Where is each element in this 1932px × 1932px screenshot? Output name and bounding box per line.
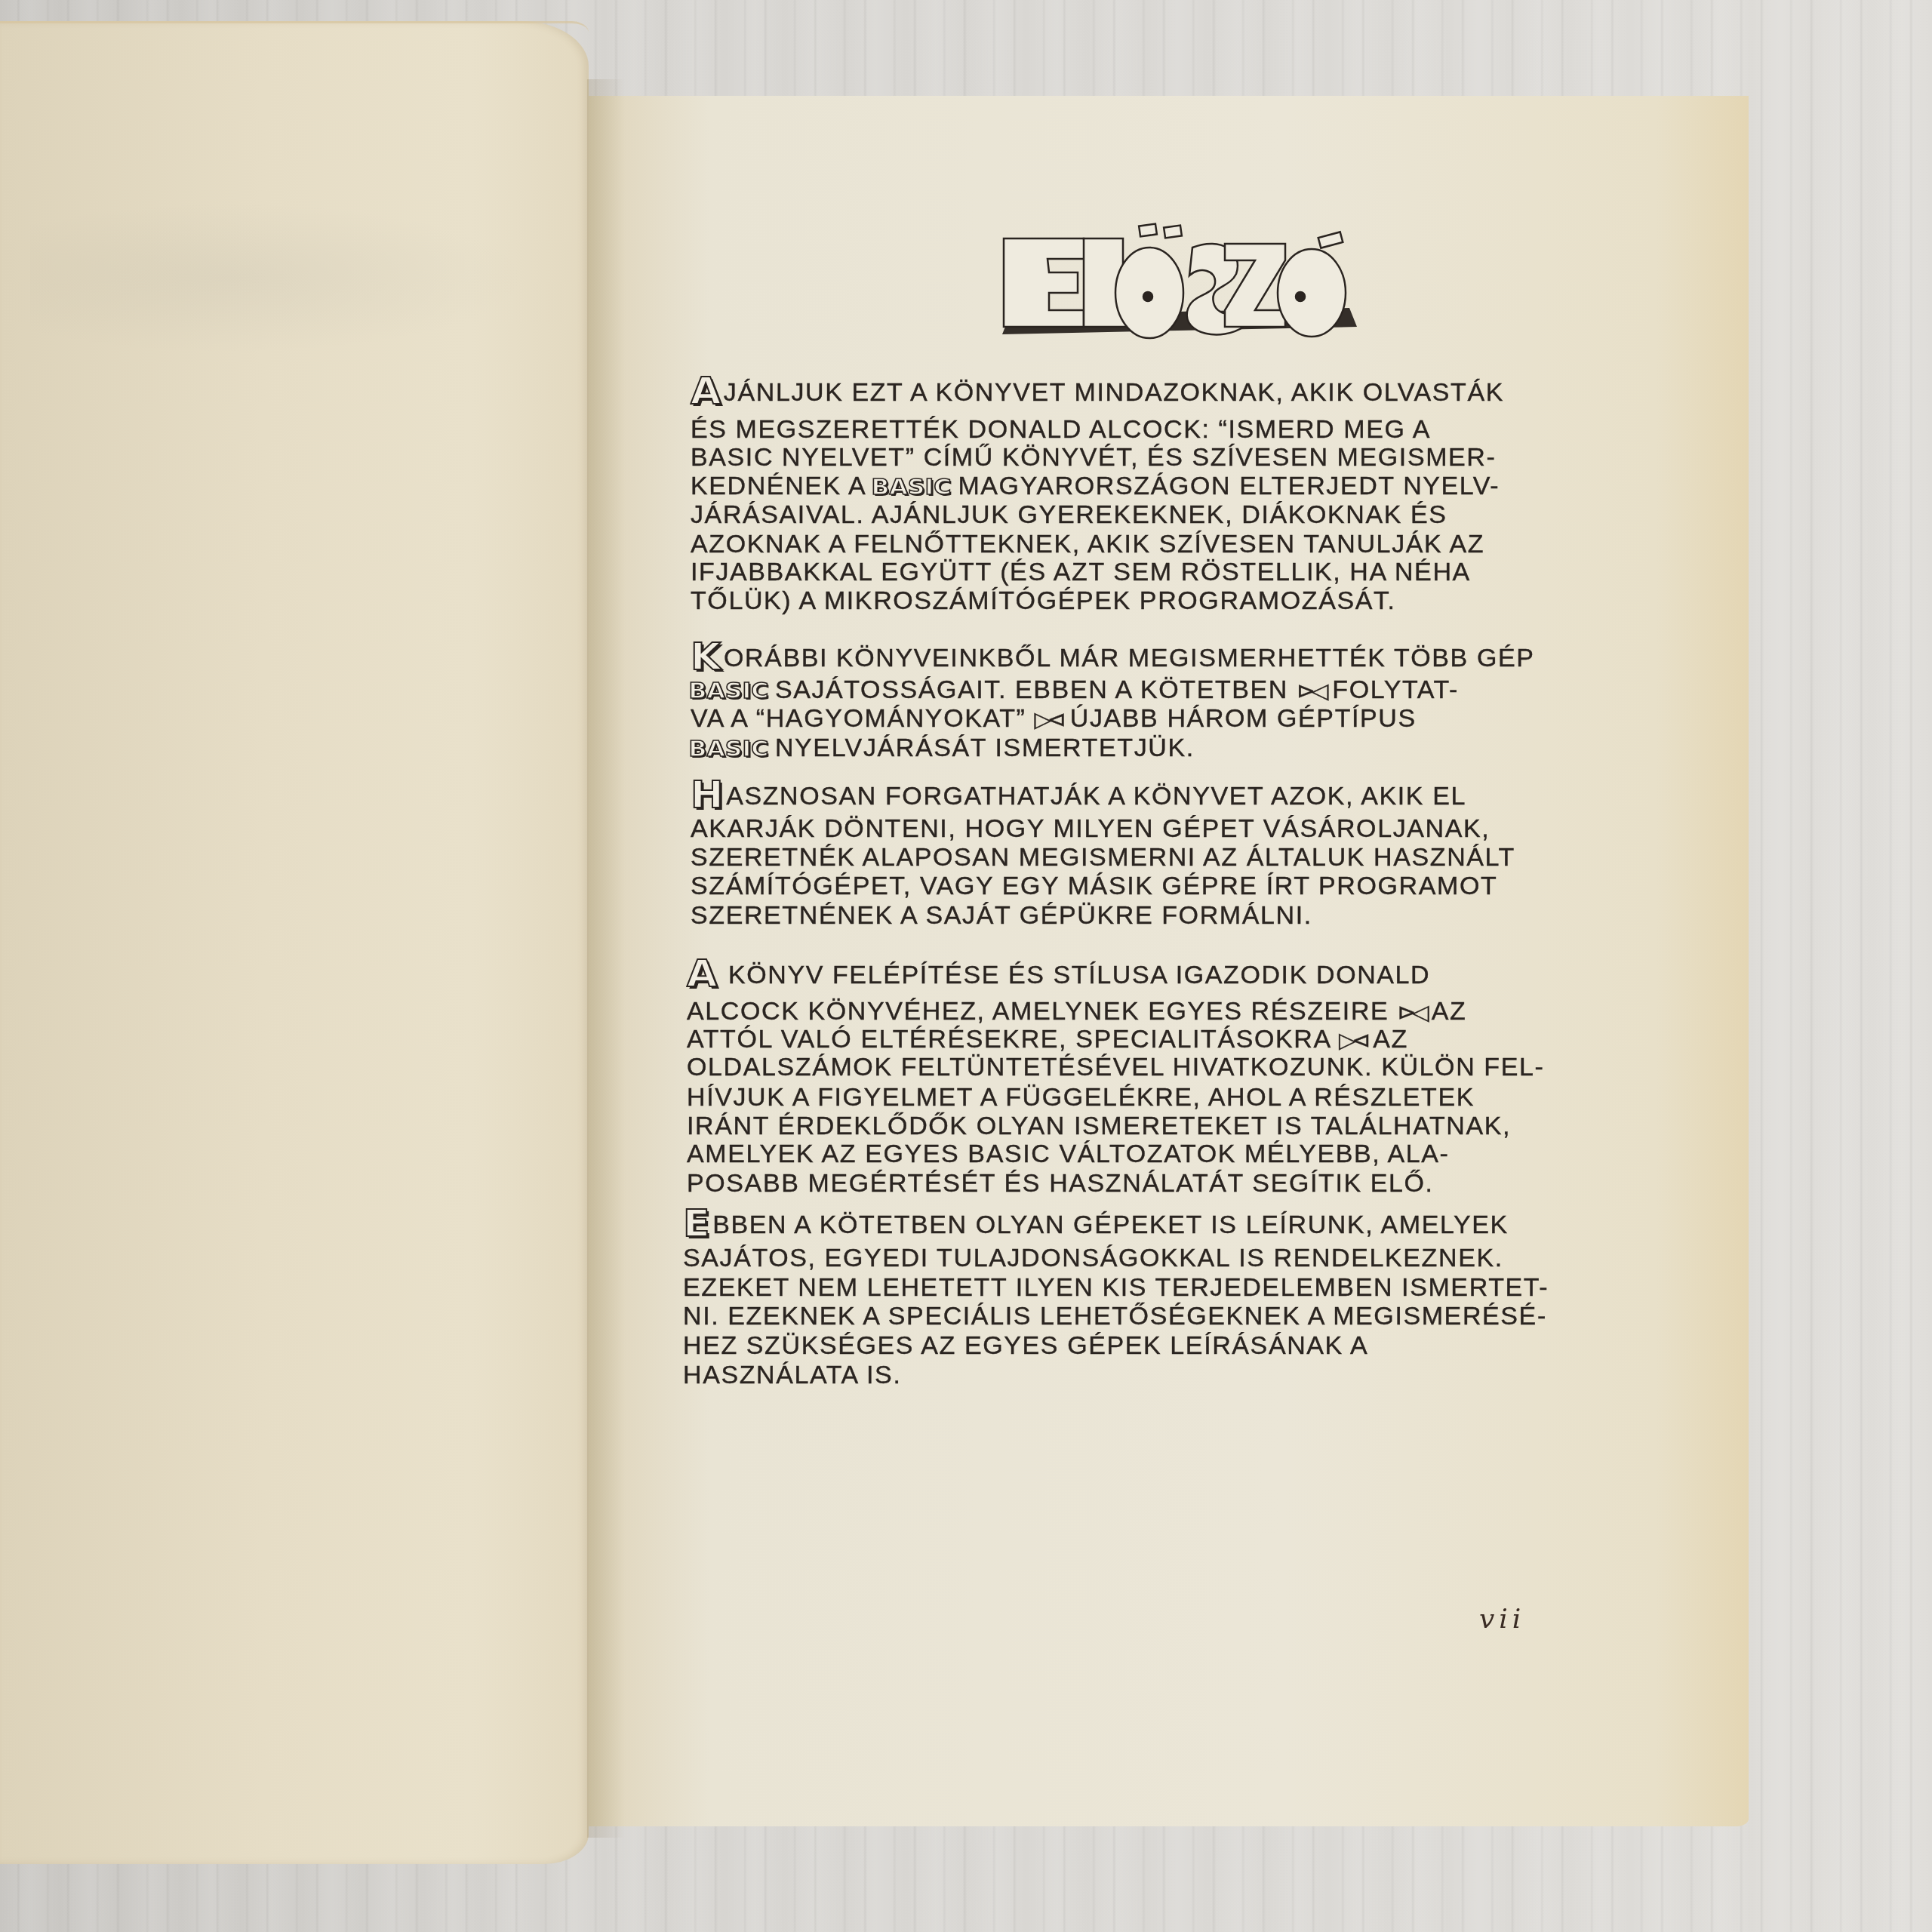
left-page [0,21,589,1864]
left-page-edge [0,21,589,32]
fish-open-icon: ⊳◁ [1297,679,1324,703]
paragraph-5-line-6: HASZNÁLATA IS. [683,1363,901,1387]
dropcap-a: A [687,960,718,989]
paragraph-4-line-8: POSABB MEGÉRTÉSÉT ÉS HASZNÁLATÁT SEGÍTIK… [687,1171,1434,1195]
paragraph-3-line-3: SZERETNÉK ALAPOSAN MEGISMERNI AZ ÁLTALUK… [691,845,1515,869]
dropcap-a: A [691,377,722,406]
page-title [995,214,1368,342]
paragraph-2-line-1: KORÁBBI KÖNYVEINKBŐL MÁR MEGISMERHETTÉK … [691,643,1535,672]
spine-shadow [587,79,625,1838]
paragraph-5-line-3: EZEKET NEM LEHETETT ILYEN KIS TERJEDELEM… [683,1275,1549,1300]
paragraph-5-line-1: EBBEN A KÖTETBEN OLYAN GÉPEKET IS LEÍRUN… [683,1210,1509,1238]
dropcap-k: K [691,643,722,672]
basic-badge: BASIC [688,681,768,703]
paragraph-3-line-4: SZÁMÍTÓGÉPET, VAGY EGY MÁSIK GÉPRE ÍRT P… [691,874,1497,898]
paragraph-3-line-1: HASZNOSAN FORGATHATJÁK A KÖNYVET AZOK, A… [691,781,1466,810]
paragraph-1-line-1: AJÁNLJUK EZT A KÖNYVET MINDAZOKNAK, AKIK… [691,377,1504,406]
fish-close-icon: ▷⊲ [1339,1029,1366,1053]
paragraph-4-line-2: ALCOCK KÖNYVÉHEZ, AMELYNEK EGYES RÉSZEIR… [687,999,1466,1025]
dropcap-e: E [683,1210,711,1238]
paragraph-1-line-6: AZOKNAK A FELNŐTTEKNEK, AKIK SZÍVESEN TA… [691,532,1484,556]
paragraph-4-line-3: ATTÓL VALÓ ELTÉRÉSEKRE, SPECIALITÁSOKRA … [687,1027,1408,1053]
paragraph-4-line-6: IRÁNT ÉRDEKLŐDŐK OLYAN ISMERETEKET IS TA… [687,1114,1511,1138]
fish-close-icon: ▷⊲ [1035,708,1062,732]
basic-badge: BASIC [688,739,768,761]
paragraph-2-line-3: VA A “HAGYOMÁNYOKAT” ▷⊲ ÚJABB HÁROM GÉPT… [691,706,1417,732]
paragraph-1-line-3: BASIC NYELVET” CÍMŰ KÖNYVÉT, ÉS SZÍVESEN… [691,445,1496,469]
paragraph-5-line-2: SAJÁTOS, EGYEDI TULAJDONSÁGOKKAL IS REND… [683,1246,1503,1270]
page-number: vii [1479,1604,1525,1635]
basic-badge: BASIC [872,477,952,499]
paragraph-2-line-4: BASIC NYELVJÁRÁSÁT ISMERTETJÜK. [691,736,1195,760]
paragraph-4-line-1: A KÖNYV FELÉPÍTÉSE ÉS STÍLUSA IGAZODIK D… [687,960,1430,989]
dropcap-h: H [691,781,724,810]
paragraph-5-line-5: HEZ SZÜKSÉGES AZ EGYES GÉPEK LEÍRÁSÁNAK … [683,1334,1368,1358]
paragraph-2-line-2: BASIC SAJÁTOSSÁGAIT. EBBEN A KÖTETBEN ⊳◁… [691,678,1459,703]
paragraph-1-line-2: ÉS MEGSZERETTÉK DONALD ALCOCK: “ISMERD M… [691,417,1431,441]
paragraph-1-line-5: JÁRÁSAIVAL. AJÁNLJUK GYEREKEKNEK, DIÁKOK… [691,503,1447,527]
fish-open-icon: ⊳◁ [1397,1001,1424,1025]
paragraph-1-line-4: KEDNÉNEK A BASIC MAGYARORSZÁGON ELTERJED… [691,474,1500,498]
paragraph-1-line-7: IFJABBAKKAL EGYÜTT (ÉS AZT SEM RÖSTELLIK… [691,560,1471,584]
show-through-shadow [30,202,528,353]
paragraph-3-line-2: AKARJÁK DÖNTENI, HOGY MILYEN GÉPET VÁSÁR… [691,817,1490,841]
paragraph-1-line-8: TŐLÜK) A MIKROSZÁMÍTÓGÉPEK PROGRAMOZÁSÁT… [691,589,1396,613]
paragraph-5-line-4: NI. EZEKNEK A SPECIÁLIS LEHETŐSÉGEKNEK A… [683,1304,1547,1328]
paragraph-3-line-5: SZERETNÉNEK A SAJÁT GÉPÜKRE FORMÁLNI. [691,903,1312,928]
title-lettering-icon [995,214,1368,342]
paragraph-4-line-5: HÍVJUK A FIGYELMET A FÜGGELÉKRE, AHOL A … [687,1085,1475,1109]
paragraph-4-line-4: OLDALSZÁMOK FELTÜNTETÉSÉVEL HIVATKOZUNK.… [687,1055,1544,1079]
paragraph-4-line-7: AMELYEK AZ EGYES BASIC VÁLTOZATOK MÉLYEB… [687,1142,1450,1166]
